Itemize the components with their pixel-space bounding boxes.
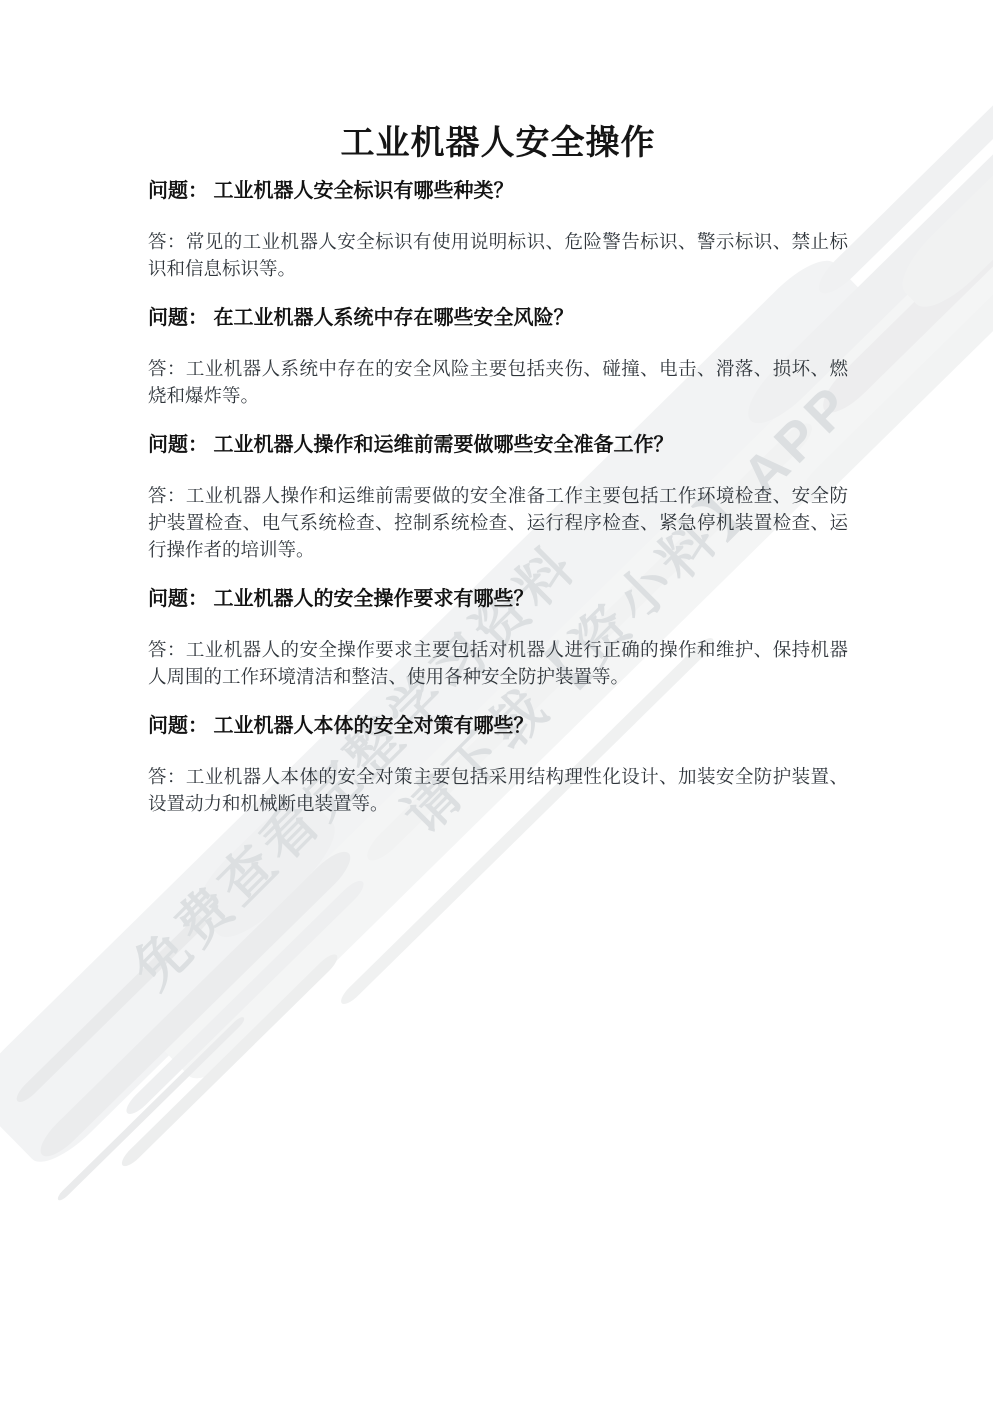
brush-stroke bbox=[56, 1015, 246, 1202]
qa-list: 问题： 工业机器人安全标识有哪些种类？ 答：常见的工业机器人安全标识有使用说明标… bbox=[148, 178, 848, 819]
qa-section: 问题： 工业机器人操作和运维前需要做哪些安全准备工作？ 答：工业机器人操作和运维… bbox=[148, 432, 848, 565]
document-page: 免费查看完整学习资料 请下载【资小料】APP 工业机器人安全操作 问题： 工业机… bbox=[0, 0, 993, 1404]
answer-paragraph: 答：工业机器人操作和运维前需要做的安全准备工作主要包括工作环境检查、安全防护装置… bbox=[148, 484, 848, 565]
answer-paragraph: 答：工业机器人系统中存在的安全风险主要包括夹伤、碰撞、电击、滑落、损坏、燃烧和爆… bbox=[148, 357, 848, 411]
page-title: 工业机器人安全操作 bbox=[148, 120, 848, 167]
qa-section: 问题： 工业机器人安全标识有哪些种类？ 答：常见的工业机器人安全标识有使用说明标… bbox=[148, 178, 848, 284]
brush-stroke bbox=[122, 877, 367, 1118]
question-heading: 问题： 工业机器人操作和运维前需要做哪些安全准备工作？ bbox=[148, 432, 848, 458]
qa-section: 问题： 工业机器人本体的安全对策有哪些？ 答：工业机器人本体的安全对策主要包括采… bbox=[148, 713, 848, 819]
document-content: 工业机器人安全操作 问题： 工业机器人安全标识有哪些种类？ 答：常见的工业机器人… bbox=[148, 0, 848, 819]
question-heading: 问题： 在工业机器人系统中存在哪些安全风险？ bbox=[148, 305, 848, 331]
question-heading: 问题： 工业机器人安全标识有哪些种类？ bbox=[148, 178, 848, 204]
question-heading: 问题： 工业机器人本体的安全对策有哪些？ bbox=[148, 713, 848, 739]
question-heading: 问题： 工业机器人的安全操作要求有哪些？ bbox=[148, 586, 848, 612]
qa-section: 问题： 在工业机器人系统中存在哪些安全风险？ 答：工业机器人系统中存在的安全风险… bbox=[148, 305, 848, 411]
qa-section: 问题： 工业机器人的安全操作要求有哪些？ 答：工业机器人的安全操作要求主要包括对… bbox=[148, 586, 848, 692]
answer-paragraph: 答：工业机器人的安全操作要求主要包括对机器人进行正确的操作和维护、保持机器人周围… bbox=[148, 638, 848, 692]
brush-stroke bbox=[118, 951, 340, 1170]
answer-paragraph: 答：工业机器人本体的安全对策主要包括采用结构理性化设计、加装安全防护装置、设置动… bbox=[148, 765, 848, 819]
brush-stroke bbox=[34, 845, 358, 1164]
brush-stroke bbox=[890, 11, 993, 320]
answer-paragraph: 答：常见的工业机器人安全标识有使用说明标识、危险警告标识、警示标识、禁止标识和信… bbox=[148, 230, 848, 284]
brush-stroke bbox=[13, 907, 215, 1106]
